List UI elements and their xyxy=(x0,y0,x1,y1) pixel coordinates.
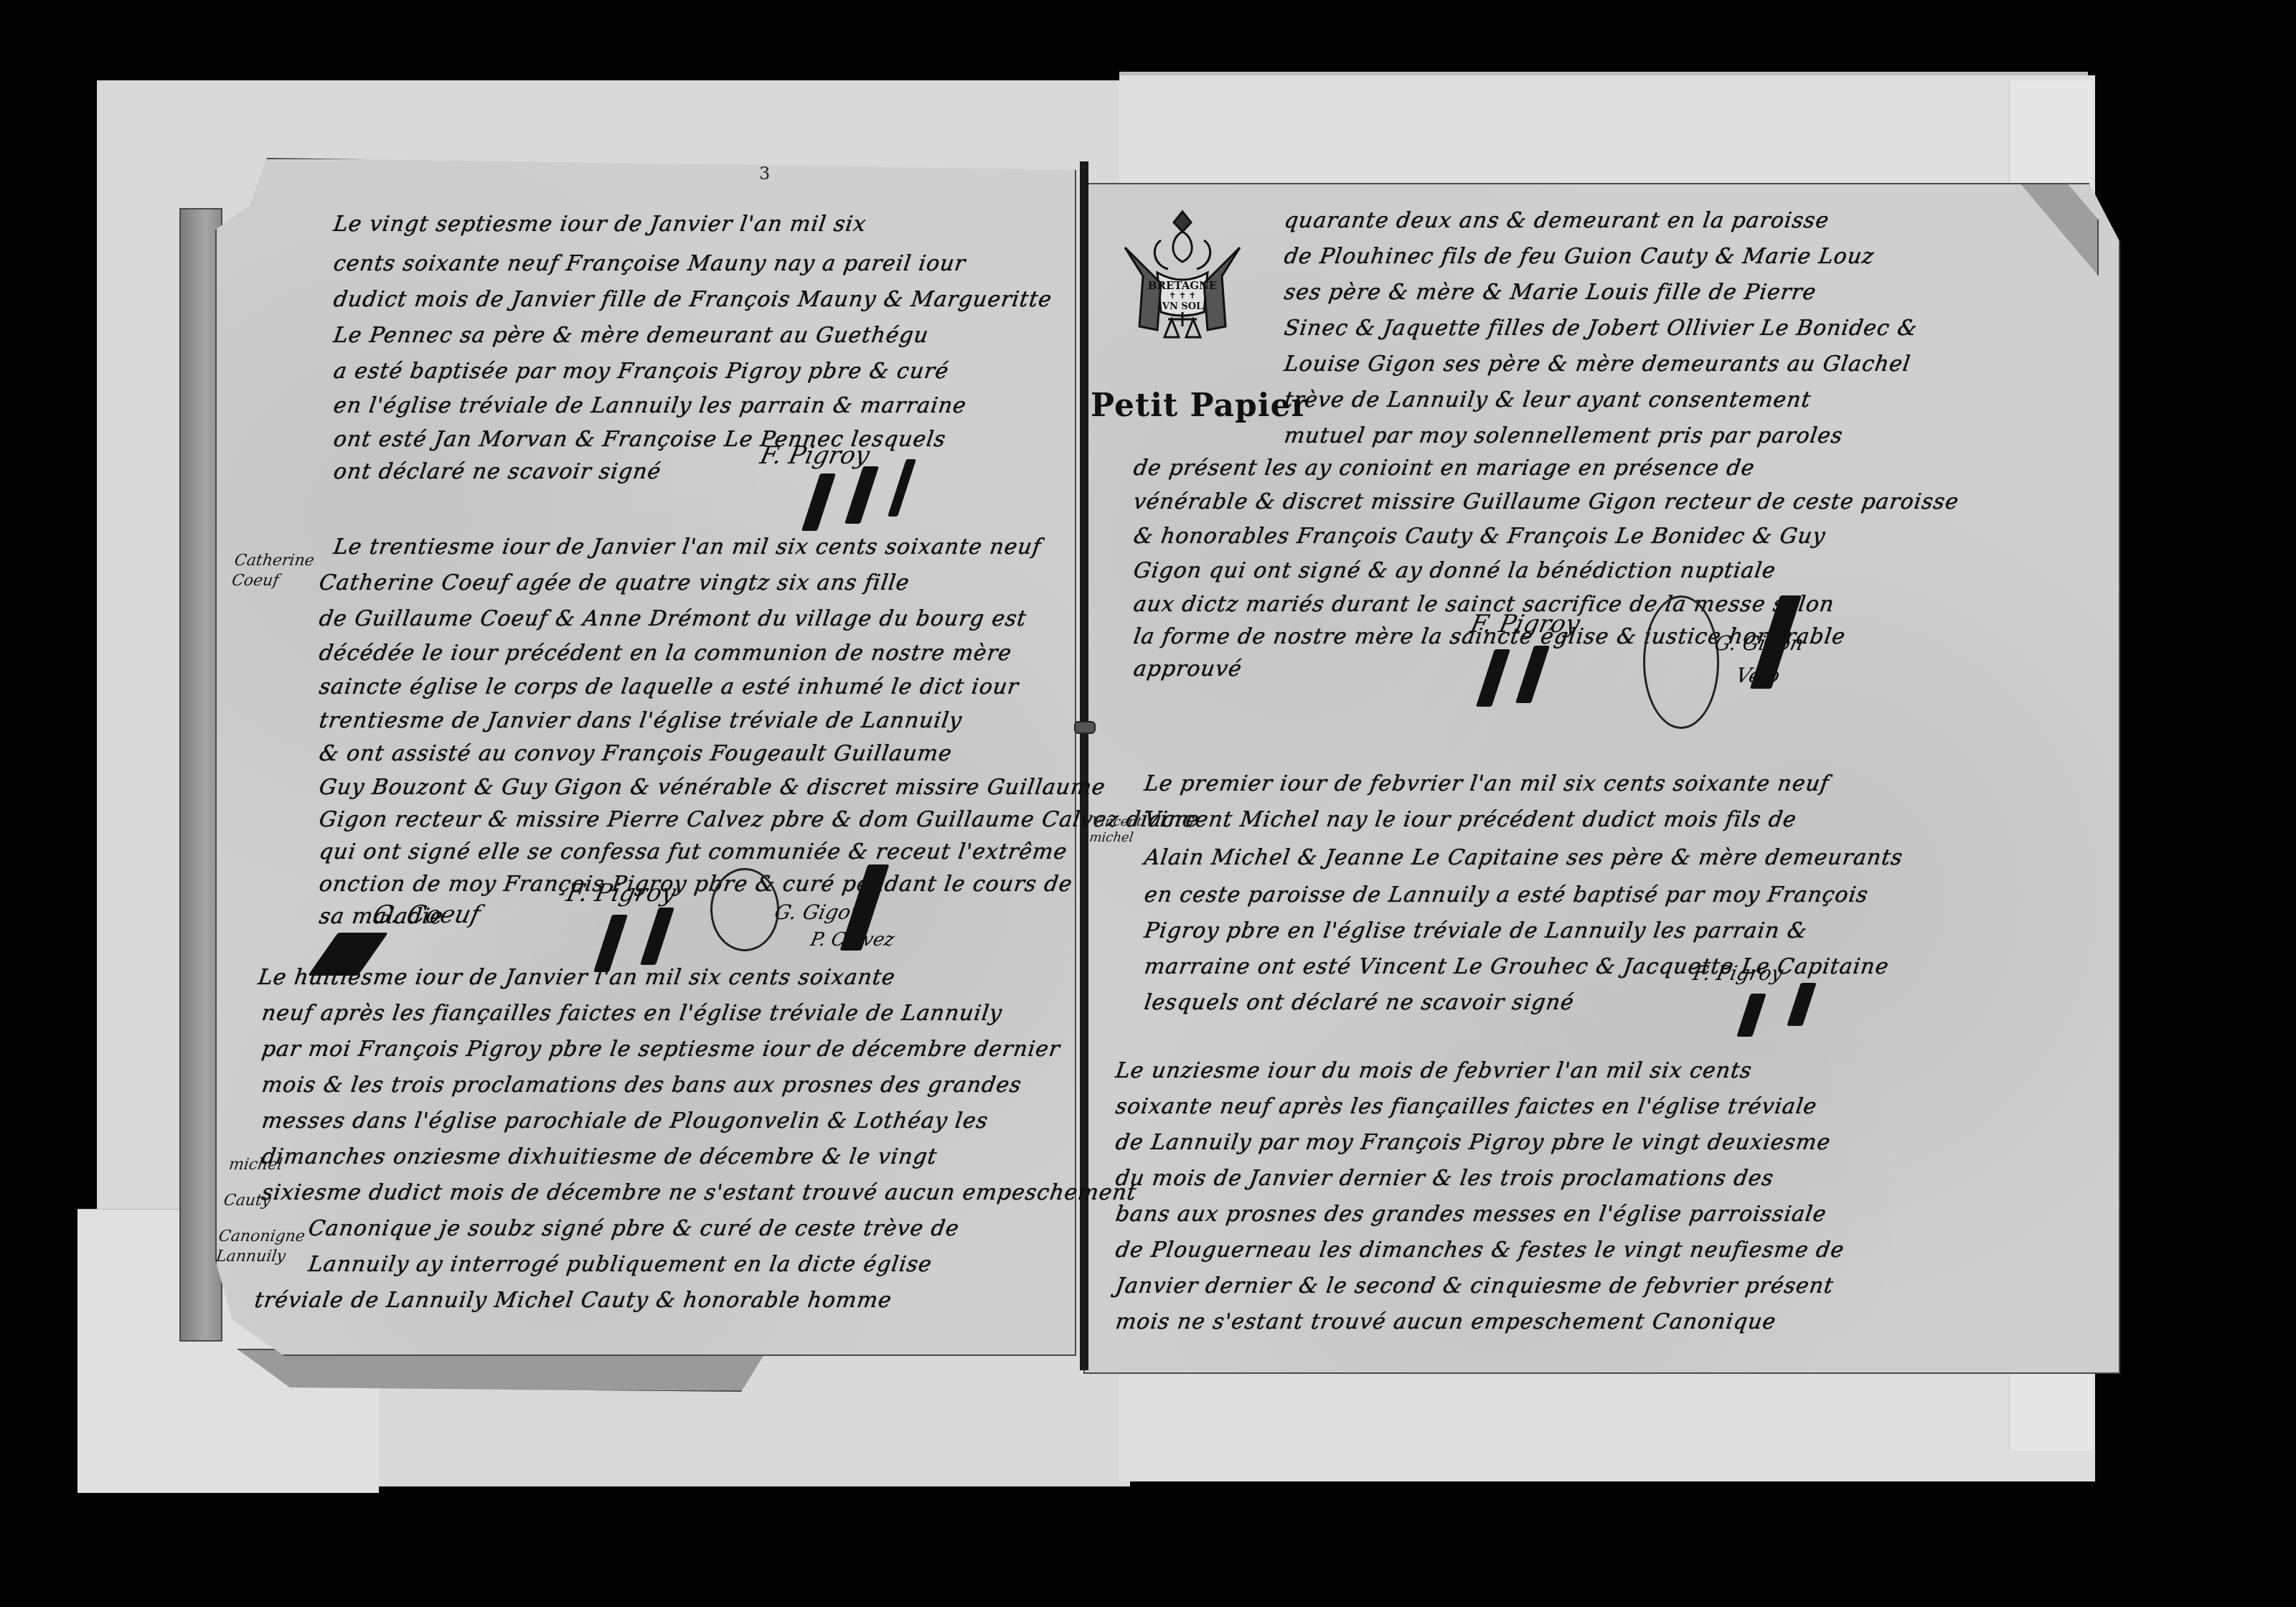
signature-pigroy: F. Pigroy xyxy=(758,441,872,470)
text-line: Canonique je soubz signé pbre & curé de … xyxy=(307,1216,961,1241)
text-line: Gigon qui ont signé & ay donné la bénédi… xyxy=(1132,558,1778,583)
text-line: sixiesme dudict mois de décembre ne s'es… xyxy=(260,1180,1139,1205)
text-line: quarante deux ans & demeurant en la paro… xyxy=(1283,208,1831,233)
text-line: trentiesme de Janvier dans l'église trév… xyxy=(318,708,964,733)
text-line: ont déclaré ne scavoir signé xyxy=(332,459,663,484)
margin-note: Vincent michel xyxy=(1088,814,1150,846)
text-line: dudict mois de Janvier fille de François… xyxy=(332,287,1054,312)
text-line: tréviale de Lannuily Michel Cauty & hono… xyxy=(253,1288,894,1313)
text-line: & honorables François Cauty & François L… xyxy=(1132,524,1827,549)
text-line: qui ont signé elle se confessa fut commu… xyxy=(318,839,1069,864)
text-line: Le vingt septiesme iour de Janvier l'an … xyxy=(332,212,868,237)
text-line: en l'église tréviale de Lannuily les par… xyxy=(332,393,969,418)
margin-note: michel Cauty Canonigne Lannuily xyxy=(215,1155,309,1267)
text-line: Louise Gigon ses père & mère demeurants … xyxy=(1283,352,1913,377)
text-line: Le huitiesme iour de Janvier l'an mil si… xyxy=(257,965,898,990)
text-line: Alain Michel & Jeanne Le Capitaine ses p… xyxy=(1143,845,1905,870)
signature-pigroy: F. Pigroy xyxy=(564,879,679,908)
text-line: en ceste paroisse de Lannuily a esté bap… xyxy=(1143,882,1871,908)
text-line: Le Pennec sa père & mère demeurant au Gu… xyxy=(332,323,931,348)
text-line: cents soixante neuf Françoise Mauny nay … xyxy=(332,251,968,276)
text-line: lesquels ont déclaré ne scavoir signé xyxy=(1143,990,1576,1015)
text-line: a esté baptisée par moy François Pigroy … xyxy=(332,359,951,384)
text-line: dimanches onziesme dixhuitiesme de décem… xyxy=(260,1144,939,1169)
signature-flourish xyxy=(1643,595,1719,729)
text-line: approuvé xyxy=(1132,656,1244,682)
text-line: Le unziesme iour du mois de febvrier l'a… xyxy=(1114,1058,1754,1083)
signature-gigon: G. Gigon xyxy=(1712,631,1805,655)
text-line: de Lannuily par moy François Pigroy pbre… xyxy=(1114,1130,1832,1155)
text-line: Le trentiesme iour de Janvier l'an mil s… xyxy=(332,534,1043,560)
text-line: soixante neuf après les fiançailles faic… xyxy=(1114,1094,1819,1119)
text-line: Le premier iour de febvrier l'an mil six… xyxy=(1143,771,1831,796)
text-line: Guy Bouzont & Guy Gigon & vénérable & di… xyxy=(318,775,1107,800)
margin-note: Catherine Coeuf xyxy=(230,551,315,591)
text-line: saincte église le corps de laquelle a es… xyxy=(318,674,1021,699)
text-line: de Guillaume Coeuf & Anne Drémont du vil… xyxy=(318,606,1029,631)
text-line: du mois de Janvier dernier & les trois p… xyxy=(1114,1166,1776,1191)
text-line: Lannuily ay interrogé publiquement en la… xyxy=(307,1252,934,1277)
text-line: Catherine Coeuf agée de quatre vingtz si… xyxy=(318,570,912,595)
text-line: Vincent Michel nay le iour précédent dud… xyxy=(1143,807,1799,832)
signature-flourish xyxy=(710,868,779,951)
text-line: Sinec & Jaquette filles de Jobert Ollivi… xyxy=(1283,316,1919,341)
text-line: & ont assisté au convoy François Fougeau… xyxy=(318,741,954,766)
text-line: Gigon recteur & missire Pierre Calvez pb… xyxy=(318,807,1201,832)
text-line: mois & les trois proclamations des bans … xyxy=(260,1073,1024,1098)
text-line: de présent les ay conioint en mariage en… xyxy=(1132,456,1756,481)
signature-pigroy: F. Pigroy xyxy=(1468,610,1583,638)
text-line: par moi François Pigroy pbre le septiesm… xyxy=(260,1037,1062,1062)
text-line: bans aux prosnes des grandes messes en l… xyxy=(1114,1202,1828,1227)
signature-pigroy: F. Pigroy xyxy=(1690,961,1785,985)
text-line: onction de moy François Pigroy pbre & cu… xyxy=(318,872,1074,897)
text-line: neuf après les fiançailles faictes en l'… xyxy=(260,1001,1004,1026)
text-line: messes dans l'église parochiale de Ploug… xyxy=(260,1108,990,1134)
signature-coeuf: G. Coeuf xyxy=(370,900,483,929)
svg-text:VN SOL: VN SOL xyxy=(1162,301,1203,312)
svg-text:✝ ✝ ✝: ✝ ✝ ✝ xyxy=(1169,291,1196,301)
text-line: décédée le iour précédent en la communio… xyxy=(318,641,1014,666)
text-line: mutuel par moy solennellement pris par p… xyxy=(1283,423,1845,448)
text-line: de Plouhinec fils de feu Guion Cauty & M… xyxy=(1283,244,1876,269)
text-line: Janvier dernier & le second & cinquiesme… xyxy=(1114,1273,1835,1299)
text-line: trève de Lannuily & leur ayant consentem… xyxy=(1283,387,1813,413)
binding-thread-knot xyxy=(1074,721,1096,734)
bretagne-tax-stamp-icon: BRETAGNE ✝ ✝ ✝ VN SOL xyxy=(1111,204,1254,355)
stamp-label: Petit Papier xyxy=(1091,387,1309,424)
text-line: de Plouguerneau les dimanches & festes l… xyxy=(1114,1238,1846,1263)
page-mark: 3 xyxy=(759,164,770,184)
text-line: Pigroy pbre en l'église tréviale de Lann… xyxy=(1143,918,1810,943)
text-line: ses père & mère & Marie Louis fille de P… xyxy=(1283,280,1818,305)
text-line: mois ne s'estant trouvé aucun empescheme… xyxy=(1114,1309,1778,1334)
text-line: vénérable & discret missire Guillaume Gi… xyxy=(1132,489,1961,514)
